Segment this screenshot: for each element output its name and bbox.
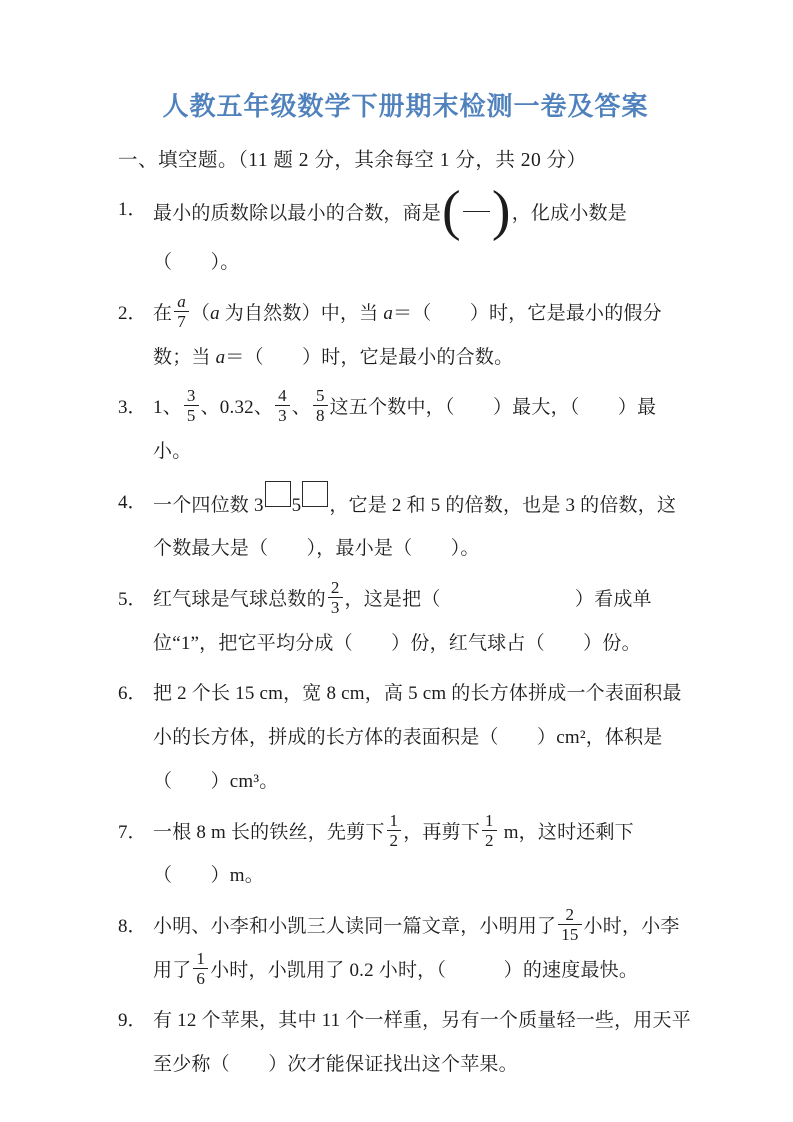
text-segment: 最小的质数除以最小的合数，商是 (153, 203, 441, 224)
text-segment: 红气球是气球总数的 (153, 589, 326, 610)
question: 8．小明、小李和小凯三人读同一篇文章，小明用了215小时，小李用了16小时，小凯… (118, 905, 693, 992)
blank-fraction: () (442, 185, 511, 238)
section-heading: 一、填空题。（11 题 2 分，其余每空 1 分，共 20 分） (118, 143, 693, 178)
fraction-denominator: 15 (558, 925, 581, 944)
text-segment: 一个四位数 3 (153, 495, 264, 516)
right-paren-glyph: ) (492, 185, 511, 238)
question: 1．最小的质数除以最小的合数，商是()，化成小数是（ ）。 (118, 188, 693, 285)
question-number: 4． (118, 481, 153, 525)
fraction-denominator: 8 (313, 406, 328, 425)
question-text: 1、35、0.32、43、58这五个数中，（ ）最大，（ ）最小。 (153, 386, 693, 473)
fraction: 35 (184, 386, 199, 425)
fraction-denominator: 6 (193, 969, 208, 988)
fraction: 16 (193, 949, 208, 988)
question-number: 7． (118, 811, 153, 855)
question: 2．在a7（a 为自然数）中，当 a＝（ ）时，它是最小的假分数；当 a＝（ ）… (118, 292, 693, 379)
question-text: 在a7（a 为自然数）中，当 a＝（ ）时，它是最小的假分数；当 a＝（ ）时，… (153, 292, 693, 379)
fraction-bar (463, 211, 490, 212)
fraction-denominator: 3 (275, 406, 290, 425)
fraction-denominator: 3 (328, 598, 343, 617)
question: 4．一个四位数 35，它是 2 和 5 的倍数，也是 3 的倍数，这个数最大是（… (118, 481, 693, 571)
fraction-numerator: 3 (184, 386, 199, 406)
fraction-denominator: 7 (174, 312, 189, 331)
fraction-denominator: 2 (387, 831, 402, 850)
question-number: 5． (118, 578, 153, 622)
question-number: 1． (118, 188, 153, 232)
fraction: 12 (387, 811, 402, 850)
question-number: 6． (118, 672, 153, 716)
fraction: 23 (328, 578, 343, 617)
fraction: 12 (482, 811, 497, 850)
question: 6．把 2 个长 15 cm，宽 8 cm，高 5 cm 的长方体拼成一个表面积… (118, 672, 693, 803)
fraction-numerator: 2 (558, 905, 581, 925)
question-number: 3． (118, 386, 153, 430)
text-segment: 在 (153, 303, 172, 324)
question-text: 一个四位数 35，它是 2 和 5 的倍数，也是 3 的倍数，这个数最大是（ ）… (153, 481, 693, 571)
question-number: 2． (118, 292, 153, 336)
text-segment: （ (191, 303, 210, 324)
question-text: 小明、小李和小凯三人读同一篇文章，小明用了215小时，小李用了16小时，小凯用了… (153, 905, 693, 992)
question-text: 最小的质数除以最小的合数，商是()，化成小数是（ ）。 (153, 188, 693, 285)
text-segment: ，再剪下 (403, 822, 480, 843)
fraction-numerator: 1 (193, 949, 208, 969)
question-text: 一根 8 m 长的铁丝，先剪下12，再剪下12 m，这时还剩下（ ）m。 (153, 811, 693, 898)
fraction-numerator: a (174, 292, 189, 312)
text-segment: 为自然数）中，当 (220, 303, 384, 324)
fraction-numerator: 1 (387, 811, 402, 831)
text-segment: 1、 (153, 397, 182, 418)
fraction-denominator: 2 (482, 831, 497, 850)
fraction-numerator: 5 (313, 386, 328, 406)
question-text: 把 2 个长 15 cm，宽 8 cm，高 5 cm 的长方体拼成一个表面积最小… (153, 672, 693, 803)
text-segment: 小明、小李和小凯三人读同一篇文章，小明用了 (153, 916, 556, 937)
text-segment: 把 2 个长 15 cm，宽 8 cm，高 5 cm 的长方体拼成一个表面积最小… (153, 683, 682, 791)
question-number: 8． (118, 905, 153, 949)
text-segment: 、 (292, 397, 311, 418)
question: 9．有 12 个苹果，其中 11 个一样重，另有一个质量轻一些，用天平至少称（ … (118, 999, 693, 1086)
text-segment: ＝（ ）时，它是最小的合数。 (225, 347, 513, 368)
left-paren-glyph: ( (442, 185, 461, 238)
question-text: 红气球是气球总数的23，这是把（ ）看成单位“1”，把它平均分成（ ）份，红气球… (153, 578, 693, 665)
question: 5．红气球是气球总数的23，这是把（ ）看成单位“1”，把它平均分成（ ）份，红… (118, 578, 693, 665)
text-segment: 、0.32、 (201, 397, 273, 418)
question: 7．一根 8 m 长的铁丝，先剪下12，再剪下12 m，这时还剩下（ ）m。 (118, 811, 693, 898)
fraction-numerator: 4 (275, 386, 290, 406)
question-number: 9． (118, 999, 153, 1043)
math-variable: a (216, 347, 226, 368)
fraction: 58 (313, 386, 328, 425)
question: 3．1、35、0.32、43、58这五个数中，（ ）最大，（ ）最小。 (118, 386, 693, 473)
text-segment: 5 (292, 495, 302, 516)
math-variable: a (210, 303, 220, 324)
text-segment: 小时，小凯用了 0.2 小时，（ ）的速度最快。 (210, 960, 638, 981)
text-segment: 一根 8 m 长的铁丝，先剪下 (153, 822, 385, 843)
question-text: 有 12 个苹果，其中 11 个一样重，另有一个质量轻一些，用天平至少称（ ）次… (153, 999, 693, 1086)
exam-page: 人教五年级数学下册期末检测一卷及答案 一、填空题。（11 题 2 分，其余每空 … (0, 0, 793, 1122)
fraction-numerator: 2 (328, 578, 343, 598)
page-title: 人教五年级数学下册期末检测一卷及答案 (118, 86, 693, 123)
text-segment: 有 12 个苹果，其中 11 个一样重，另有一个质量轻一些，用天平至少称（ ）次… (153, 1010, 691, 1075)
fraction-numerator: 1 (482, 811, 497, 831)
fraction: a7 (174, 292, 189, 331)
fraction-denominator: 5 (184, 406, 199, 425)
fraction: 215 (558, 905, 581, 944)
fraction: 43 (275, 386, 290, 425)
questions-list: 1．最小的质数除以最小的合数，商是()，化成小数是（ ）。2．在a7（a 为自然… (118, 188, 693, 1087)
math-variable: a (383, 303, 393, 324)
blank-digit-box (265, 481, 291, 507)
blank-digit-box (302, 481, 328, 507)
